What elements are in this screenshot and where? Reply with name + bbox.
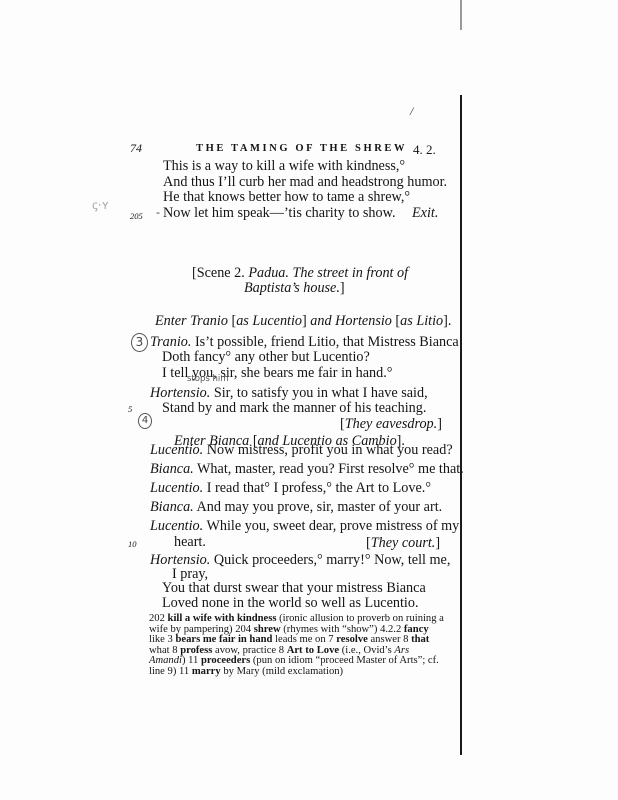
line-number: 5 — [128, 404, 132, 414]
line-number: 205 — [130, 211, 143, 221]
scene-heading-line2: Baptista’s house.] — [244, 280, 345, 297]
margin-scribble: ꞔ·ʏ — [92, 196, 109, 213]
pencil-note-stops-him: stops him — [187, 374, 229, 384]
entrance-direction: Enter Tranio [as Lucentio] and Hortensio… — [155, 313, 451, 330]
page-number: 74 — [130, 141, 142, 156]
margin-mark: / — [410, 104, 413, 119]
verse-line: Loved none in the world so well as Lucen… — [162, 596, 419, 612]
pencil-circled-4: 4 — [138, 413, 152, 429]
footnotes: 202 kill a wife with kindness (ironic al… — [149, 614, 444, 678]
stage-direction-court: [They court.] — [366, 535, 440, 552]
verse-line: Doth fancy° any other but Lucentio? — [162, 350, 370, 366]
speech-bianca: Bianca. What, master, read you? First re… — [150, 462, 464, 478]
speech-lucentio: Lucentio. I read that° I profess,° the A… — [150, 481, 431, 497]
stage-direction-exit: Exit. — [412, 206, 438, 222]
speech-lucentio: Lucentio. While you, sweet dear, prove m… — [150, 519, 459, 535]
running-head: THE TAMING OF THE SHREW — [196, 143, 407, 154]
line-number: 10 — [128, 539, 137, 549]
verse-turnover: heart. — [174, 535, 206, 551]
verse-line: This is a way to kill a wife with kindne… — [163, 159, 405, 175]
pencil-dash: - — [156, 205, 160, 220]
verse-line: He that knows better how to tame a shrew… — [163, 190, 410, 206]
verse-line: Stand by and mark the manner of his teac… — [162, 401, 426, 417]
speech-bianca: Bianca. And may you prove, sir, master o… — [150, 500, 442, 516]
page-edge-rule — [460, 0, 462, 755]
act-scene-ref: 4. 2. — [413, 142, 436, 158]
footnote-line: line 9) 11 marry by Mary (mild exclamati… — [149, 667, 444, 678]
pencil-circled-3: 3 — [131, 333, 148, 352]
verse-line: Now let him speak—’tis charity to show. — [163, 206, 396, 222]
stage-direction-eavesdrop: [They eavesdrop.] — [340, 416, 442, 433]
speech-lucentio: Lucentio. Now mistress, profit you in wh… — [150, 443, 453, 459]
